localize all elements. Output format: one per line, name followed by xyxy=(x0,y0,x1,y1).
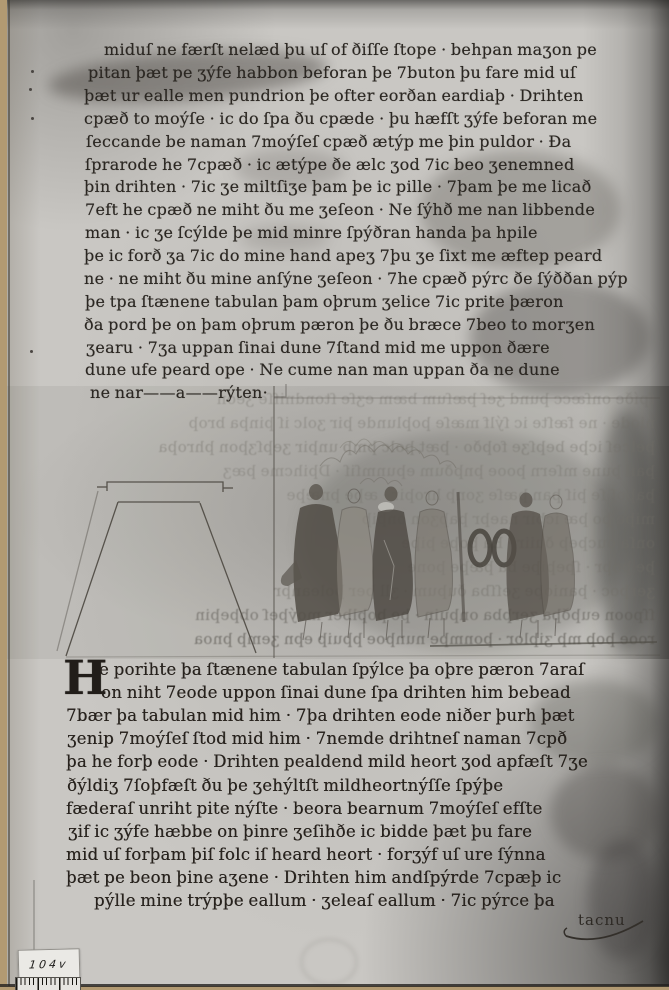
page-edge-line xyxy=(9,0,34,986)
miniature-drawing xyxy=(0,0,669,990)
altar-sketch xyxy=(57,482,256,656)
leaf-bottom-edge xyxy=(0,984,669,987)
ruler-scale xyxy=(15,977,81,990)
folio-number: 104v xyxy=(28,957,69,971)
manuscript-photo: ſpíðe onſæcc þund ʒeſ þæſum bæm eʒſe ſto… xyxy=(0,0,669,990)
folio-label: 104v xyxy=(18,948,81,980)
catchword-swash xyxy=(564,921,643,939)
stamp-ghost xyxy=(300,938,358,986)
figure-sketch xyxy=(281,439,575,640)
